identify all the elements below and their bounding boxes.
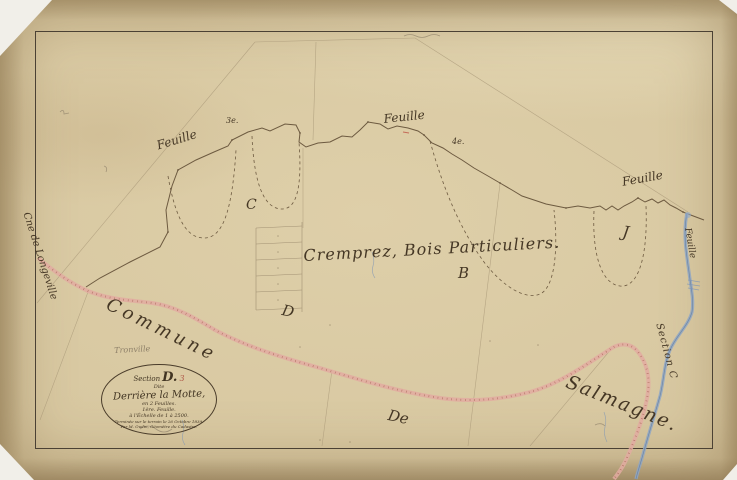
label-section-letter-b: B [458, 264, 469, 282]
label-feuille-left-number: 3e. [226, 116, 238, 125]
cartouche-section-letter: D. [162, 370, 177, 385]
map-sheet: Commune De Salmagne. Cremprez, Bois Part… [0, 0, 737, 480]
boundary-survey-dots [167, 121, 684, 233]
label-feuille-middle-number: 4e. [452, 137, 464, 146]
label-section-letter-c: C [246, 197, 257, 213]
cartouche-section-row: Section D. 3 [133, 370, 184, 385]
title-cartouche: Section D. 3 Dite Derrière la Motte, en … [101, 364, 217, 435]
cartouche-line-geometre: Par M. Oudin, Géomètre du Cadastre. [121, 424, 198, 429]
cartouche-section-suffix: 3 [179, 374, 184, 383]
label-pencil-commune-name: Tronville [114, 344, 150, 355]
red-survey-mark [403, 132, 409, 133]
parcel-ladder [256, 222, 302, 312]
cartouche-title: Derrière la Motte, [113, 389, 206, 403]
wood-edge-dashed-arcs [168, 136, 646, 296]
wood-boundary [86, 122, 704, 287]
cartouche-section-label: Section [133, 375, 160, 383]
